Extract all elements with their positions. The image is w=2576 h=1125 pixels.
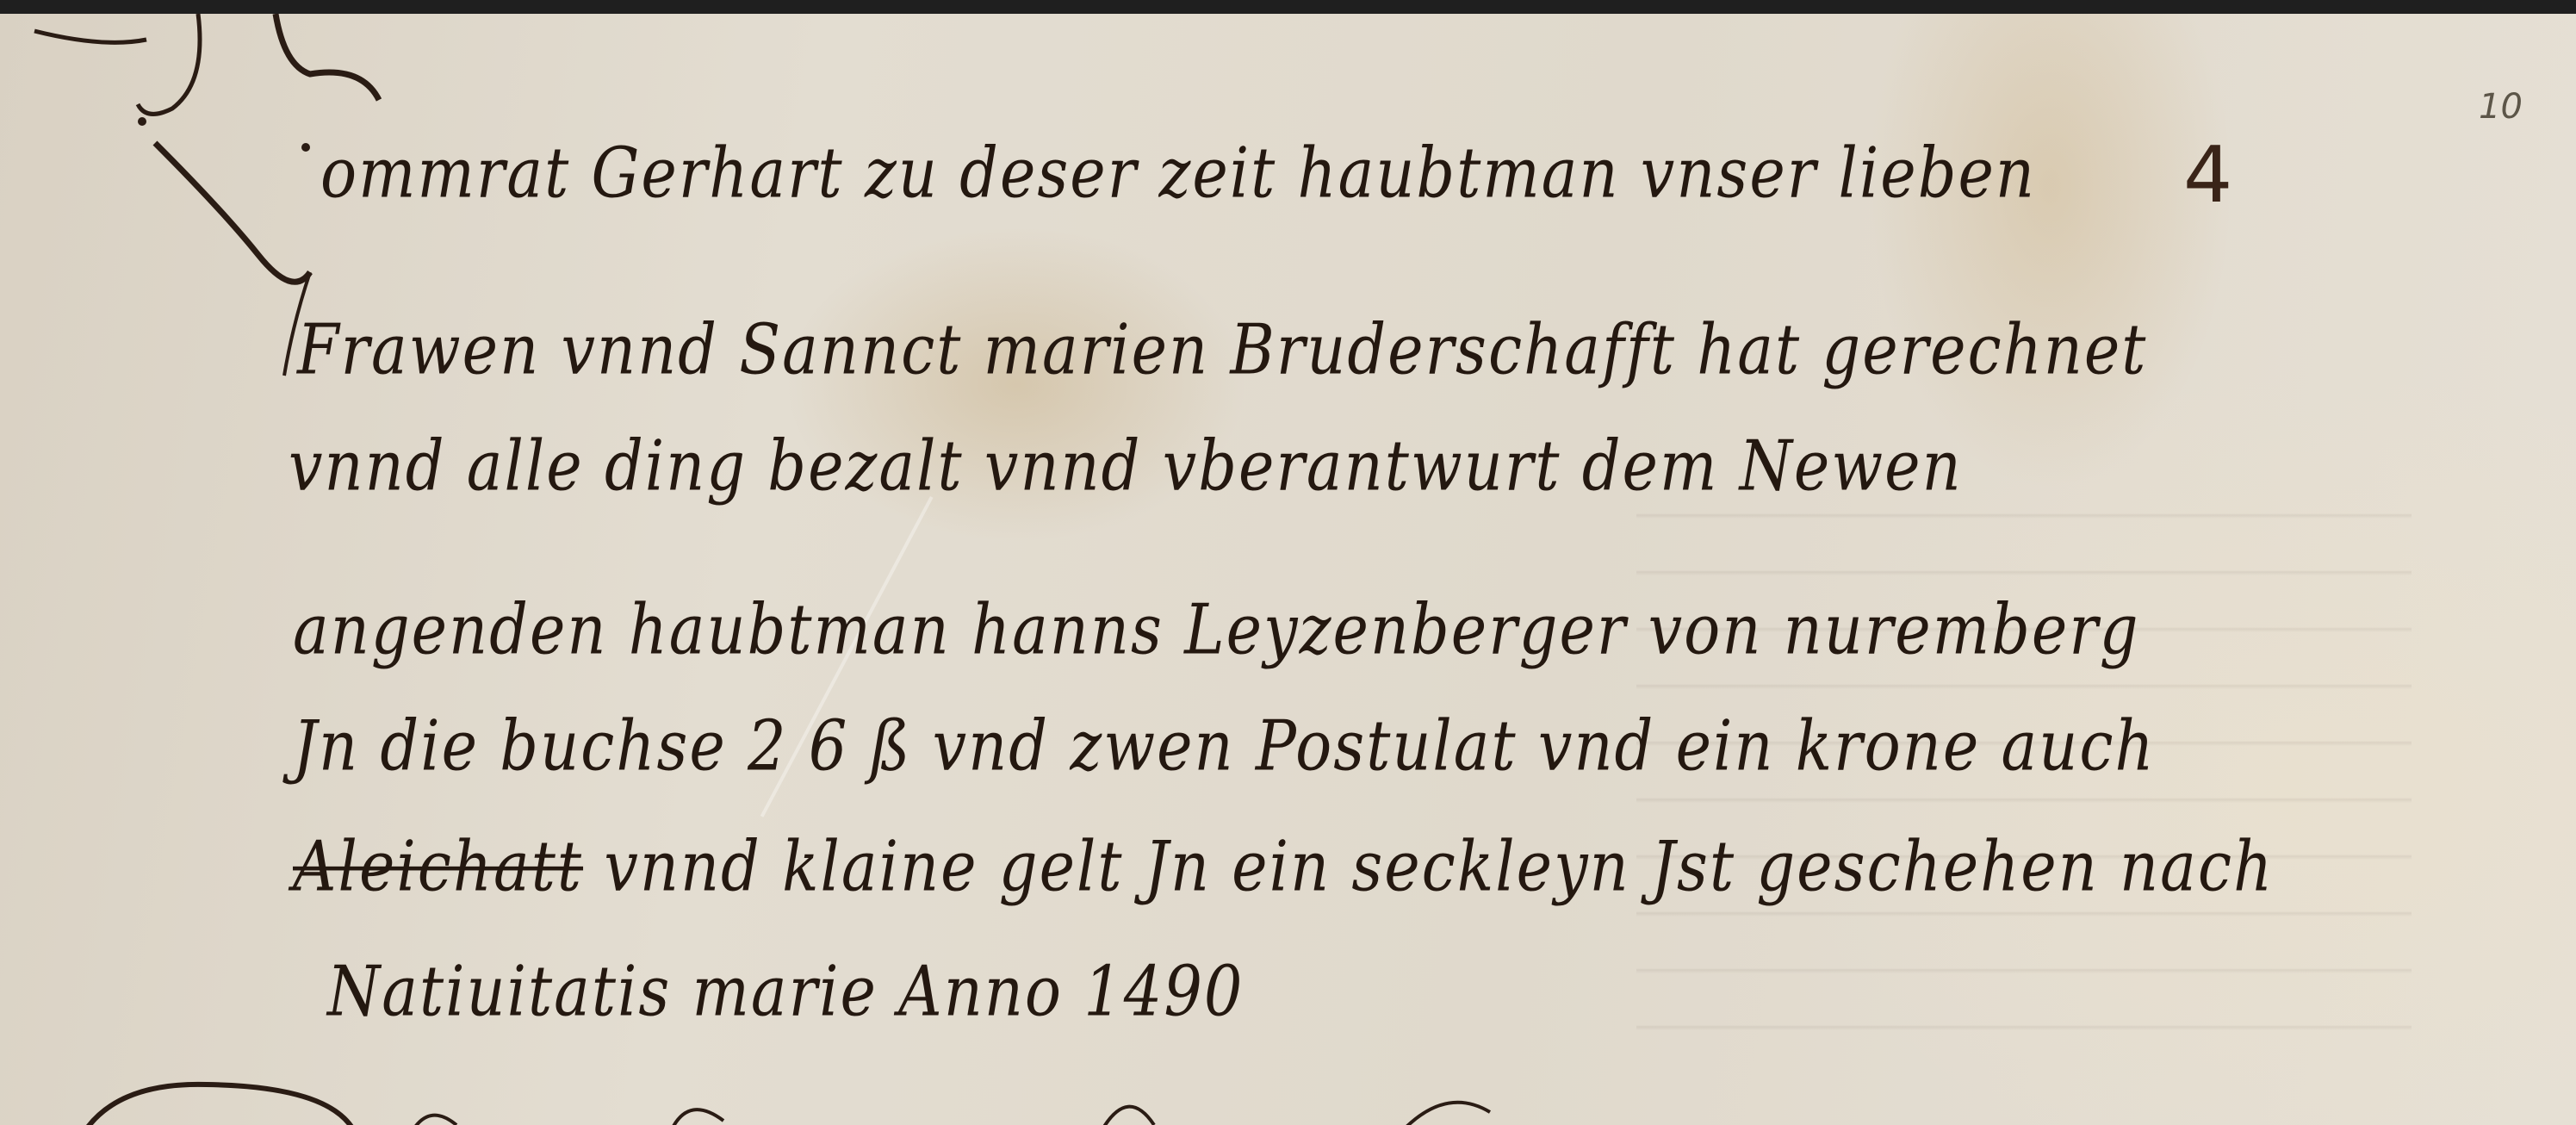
manuscript-line-5: Jn die buchse 2 6 ß vnd zwen Postulat vn… [293, 705, 2156, 786]
line-6-text: vnnd klaine gelt Jn ein seckleyn Jst ges… [604, 826, 2274, 907]
manuscript-line-2: Frawen vnnd Sannct marien Bruderschafft … [297, 309, 2147, 390]
manuscript-line-6: Aleichatt vnnd klaine gelt Jn ein seckle… [293, 826, 2274, 907]
window-top-bar [0, 0, 2576, 14]
manuscript-line-4: angenden haubtman hanns Leyzenberger von… [293, 589, 2140, 670]
struck-word: Aleichatt [293, 826, 583, 907]
folio-number: 4 [2183, 130, 2232, 221]
manuscript-line-7-date: Natiuitatis marie Anno 1490 [327, 951, 1244, 1032]
manuscript-page: 4 10 ommrat Gerhart zu deser zeit haubtm… [0, 14, 2576, 1125]
manuscript-line-1: ommrat Gerhart zu deser zeit haubtman vn… [320, 133, 2036, 214]
pencil-foliation: 10 [2479, 87, 2523, 127]
manuscript-line-3: vnnd alle ding bezalt vnnd vberantwurt d… [289, 426, 1963, 507]
next-entry-partial-icon [69, 1078, 1791, 1125]
